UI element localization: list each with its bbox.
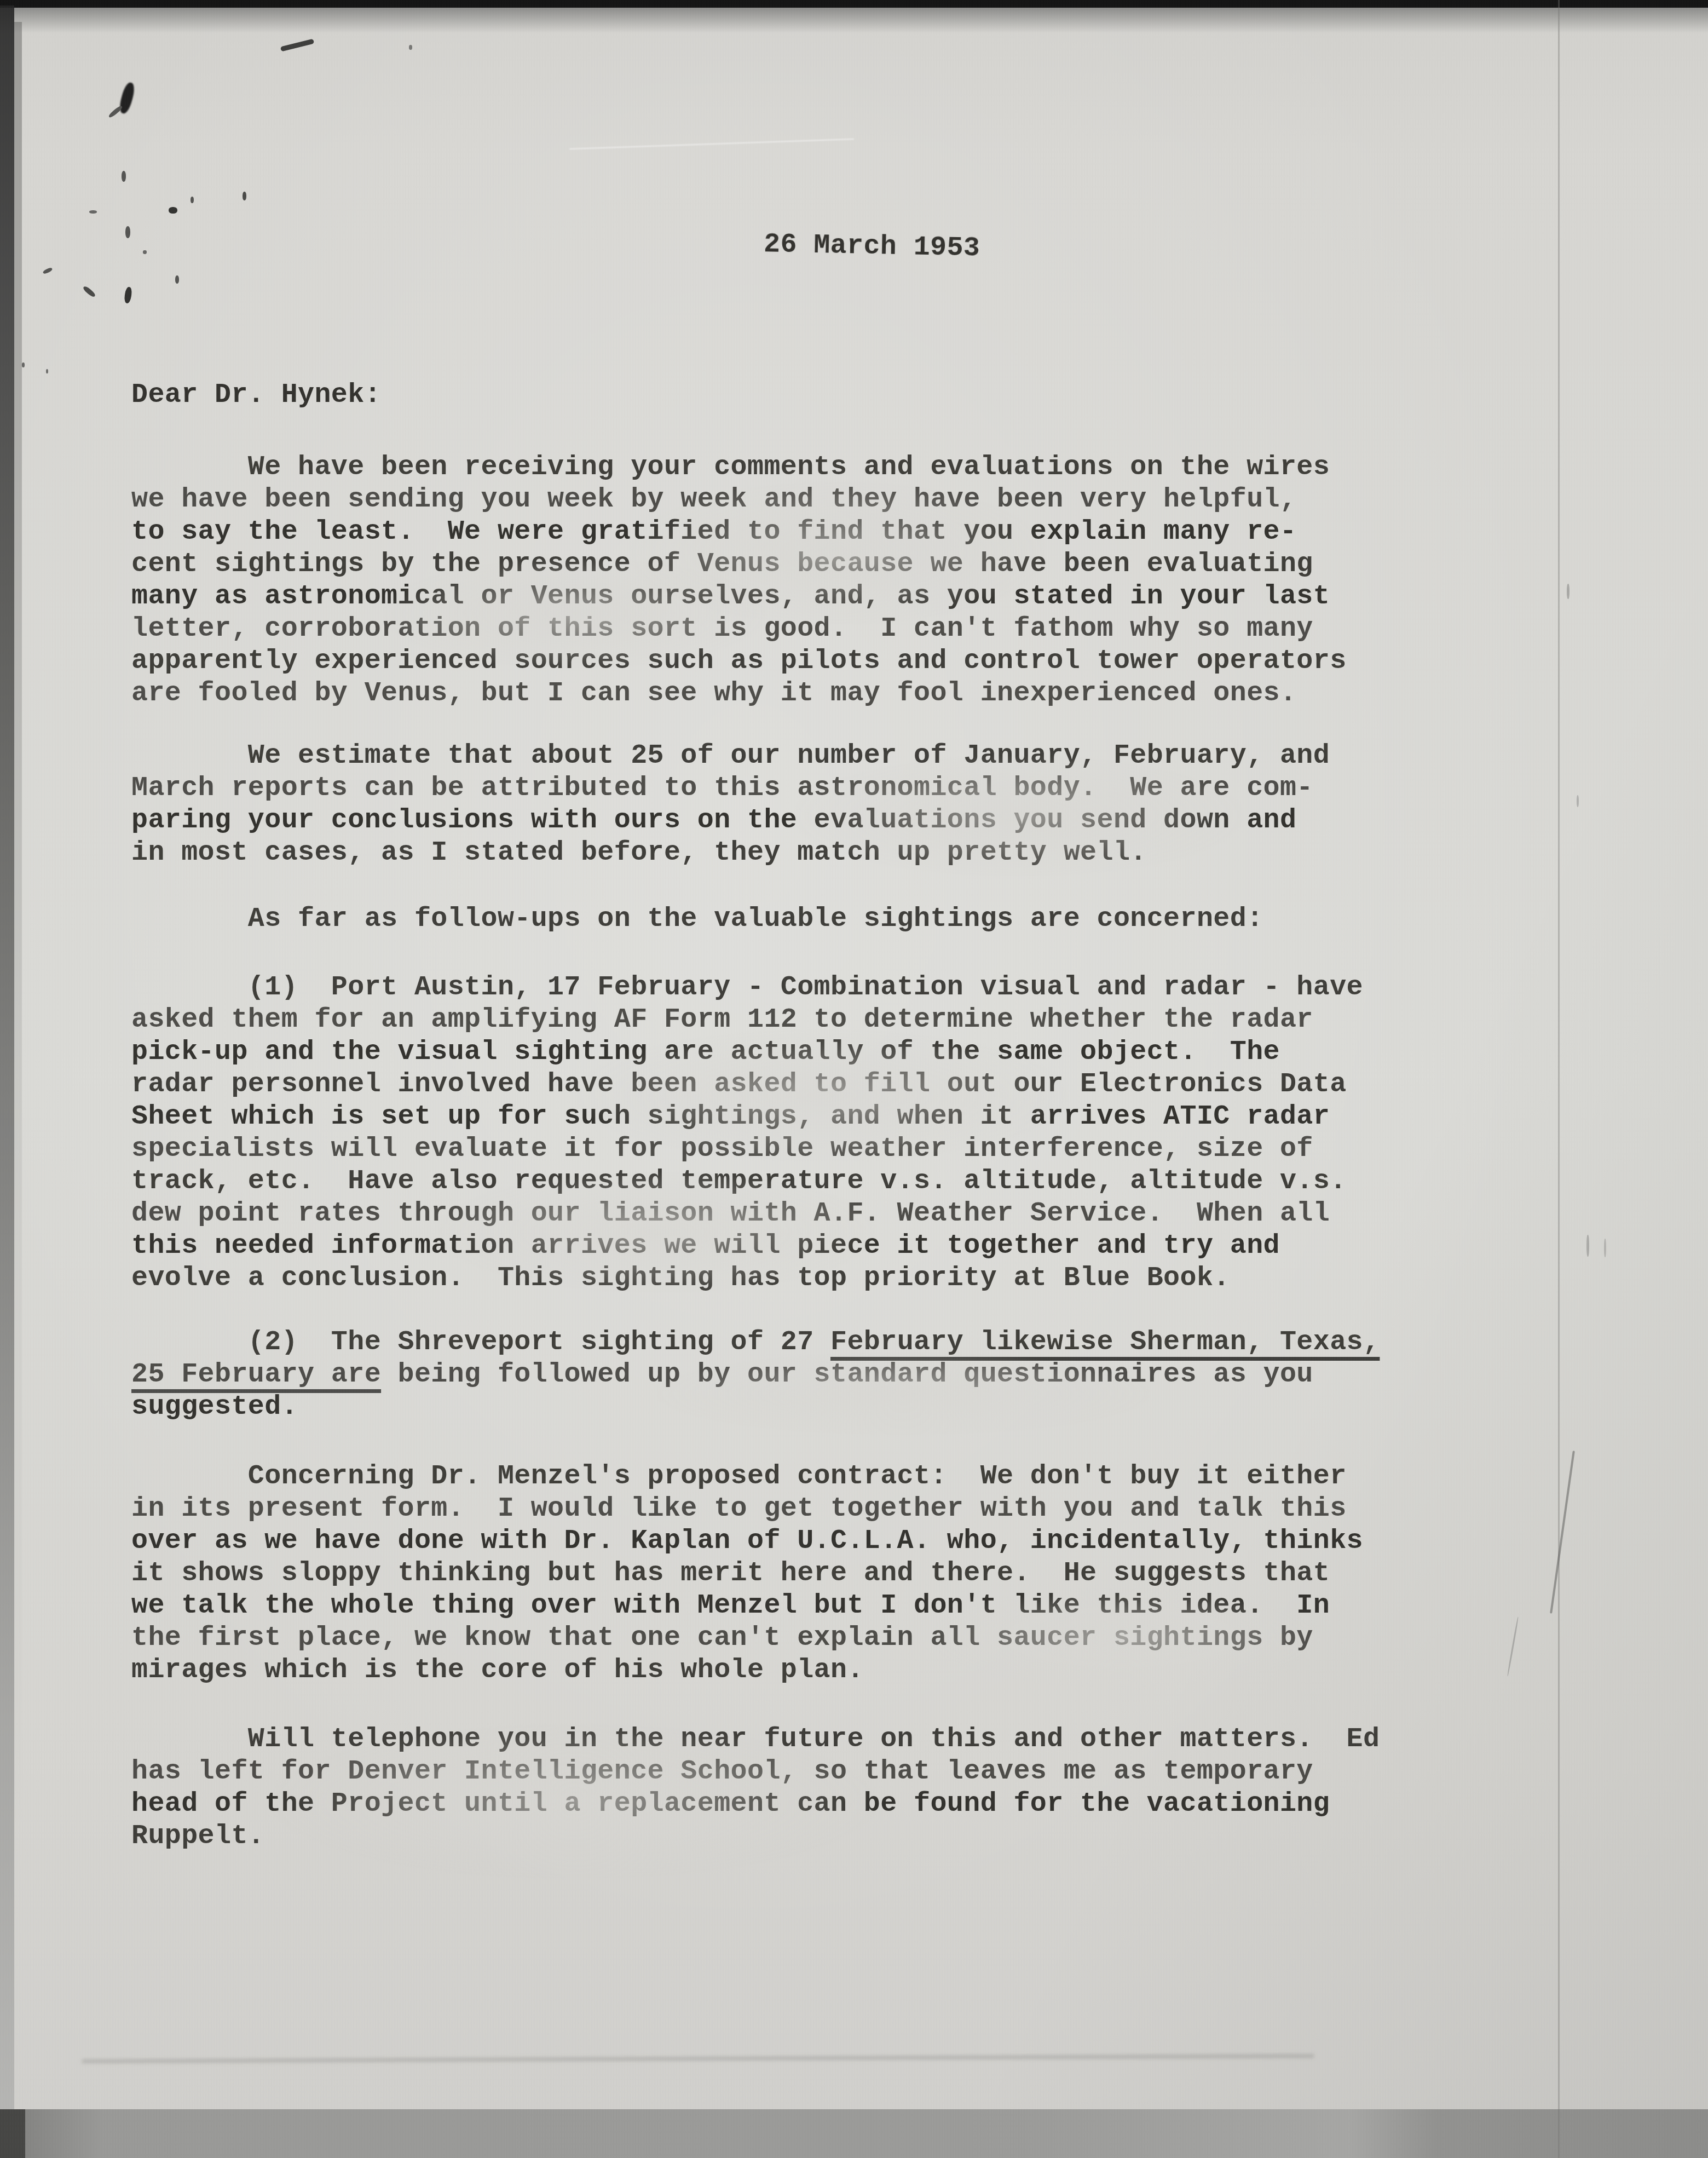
typed-line: As far as follow-ups on the valuable sig… bbox=[131, 903, 1489, 935]
typed-line: We have been receiving your comments and… bbox=[131, 451, 1489, 484]
typed-line: 25 February are being followed up by our… bbox=[131, 1359, 1489, 1391]
typed-line: head of the Project until a replacement … bbox=[131, 1788, 1489, 1820]
paragraph-5: (2) The Shreveport sighting of 27 Februa… bbox=[131, 1326, 1489, 1423]
paragraph-6: Concerning Dr. Menzel's proposed contrac… bbox=[131, 1460, 1489, 1687]
typed-line: dew point rates through our liaison with… bbox=[131, 1198, 1489, 1230]
typed-line: we talk the whole thing over with Menzel… bbox=[131, 1590, 1489, 1622]
paragraph-4: (1) Port Austin, 17 February - Combinati… bbox=[131, 971, 1489, 1294]
paragraph-1: We have been receiving your comments and… bbox=[131, 451, 1489, 710]
typed-line: March reports can be attributed to this … bbox=[131, 772, 1489, 804]
typed-line: apparently experienced sources such as p… bbox=[131, 645, 1489, 677]
typed-line: Will telephone you in the near future on… bbox=[131, 1723, 1489, 1756]
typed-line: Sheet which is set up for such sightings… bbox=[131, 1101, 1489, 1133]
typed-line: (2) The Shreveport sighting of 27 Februa… bbox=[131, 1326, 1489, 1359]
typed-line: has left for Denver Intelligence School,… bbox=[131, 1756, 1489, 1788]
typed-line: asked them for an amplifying AF Form 112… bbox=[131, 1004, 1489, 1036]
typed-line: track, etc. Have also requested temperat… bbox=[131, 1165, 1489, 1198]
paragraph-2: We estimate that about 25 of our number … bbox=[131, 740, 1489, 869]
typed-line: (1) Port Austin, 17 February - Combinati… bbox=[131, 971, 1489, 1004]
typed-line: over as we have done with Dr. Kaplan of … bbox=[131, 1525, 1489, 1557]
date-line: 26 March 1953 bbox=[763, 228, 980, 265]
typed-line: evolve a conclusion. This sighting has t… bbox=[131, 1262, 1489, 1294]
typed-line: to say the least. We were gratified to f… bbox=[131, 516, 1489, 548]
salutation: Dear Dr. Hynek: bbox=[131, 379, 381, 411]
typed-line: Concerning Dr. Menzel's proposed contrac… bbox=[131, 1460, 1489, 1493]
typed-line: We estimate that about 25 of our number … bbox=[131, 740, 1489, 772]
underlined-text: February likewise Sherman, Texas, bbox=[830, 1327, 1380, 1358]
typed-line: it shows sloppy thinking but has merit h… bbox=[131, 1557, 1489, 1590]
typed-line: Ruppelt. bbox=[131, 1820, 1489, 1852]
typed-line: are fooled by Venus, but I can see why i… bbox=[131, 677, 1489, 710]
typed-line: this needed information arrives we will … bbox=[131, 1230, 1489, 1262]
typed-line: the first place, we know that one can't … bbox=[131, 1622, 1489, 1654]
underlined-text: 25 February are bbox=[131, 1359, 381, 1390]
typed-text: (2) The Shreveport sighting of 27 bbox=[131, 1327, 830, 1358]
typed-line: specialists will evaluate it for possibl… bbox=[131, 1133, 1489, 1165]
typed-line: in most cases, as I stated before, they … bbox=[131, 837, 1489, 869]
scanned-letter-page: 26 March 1953 Dear Dr. Hynek: We have be… bbox=[0, 0, 1708, 2158]
typed-line: in its present form. I would like to get… bbox=[131, 1493, 1489, 1525]
paragraph-7: Will telephone you in the near future on… bbox=[131, 1723, 1489, 1852]
typed-line: mirages which is the core of his whole p… bbox=[131, 1654, 1489, 1687]
typed-line: pick-up and the visual sighting are actu… bbox=[131, 1036, 1489, 1068]
typed-line: cent sightings by the presence of Venus … bbox=[131, 548, 1489, 580]
typed-line: paring your conclusions with ours on the… bbox=[131, 804, 1489, 837]
paragraph-3: As far as follow-ups on the valuable sig… bbox=[131, 903, 1489, 935]
typed-text: being followed up by our standard questi… bbox=[381, 1359, 1313, 1390]
typed-line: suggested. bbox=[131, 1391, 1489, 1423]
typed-line: many as astronomical or Venus ourselves,… bbox=[131, 580, 1489, 613]
typed-line: letter, corroboration of this sort is go… bbox=[131, 613, 1489, 645]
typed-line: radar personnel involved have been asked… bbox=[131, 1068, 1489, 1101]
typed-line: we have been sending you week by week an… bbox=[131, 484, 1489, 516]
